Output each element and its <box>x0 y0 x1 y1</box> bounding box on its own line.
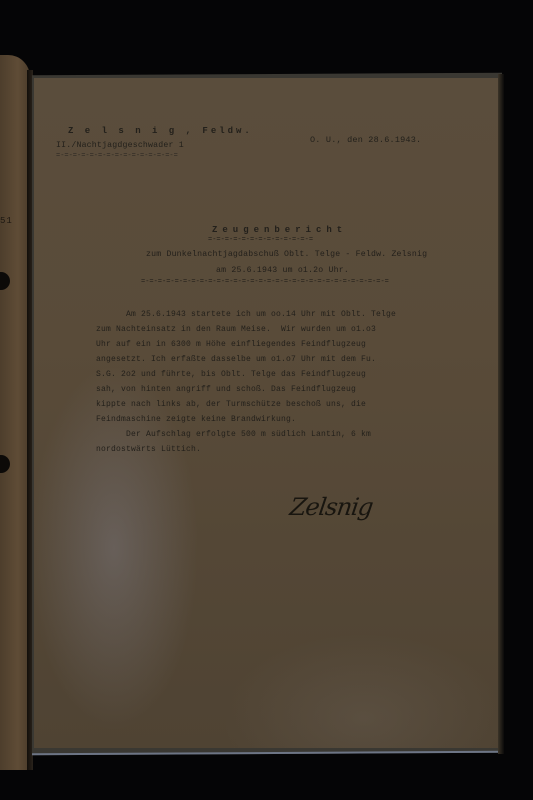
sender-unit: II./Nachtjagdgeschwader 1 <box>56 141 184 150</box>
document-page: Z e l s n i g , Feldw. II./Nachtjagdgesc… <box>34 78 498 748</box>
binder-page-number: 51 <box>0 216 13 226</box>
body-line: S.G. 2o2 und führte, bis Oblt. Telge das… <box>96 370 366 379</box>
punch-hole <box>0 272 10 290</box>
body-line: sah, von hinten angriff und schoß. Das F… <box>96 385 356 394</box>
subtitle-line-1: zum Dunkelnachtjagdabschuß Oblt. Telge -… <box>146 250 427 259</box>
sleeve-right-edge <box>498 74 504 754</box>
subtitle-line-2: am 25.6.1943 um o1.2o Uhr. <box>216 266 349 275</box>
subtitle-underline: =-=-=-=-=-=-=-=-=-=-=-=-=-=-=-=-=-=-=-=-… <box>141 278 389 286</box>
body-line: zum Nachteinsatz in den Raum Meise. Wir … <box>96 325 376 334</box>
body-line: nordostwärts Lüttich. <box>96 445 201 454</box>
body-line: Feindmaschine zeigte keine Brandwirkung. <box>96 415 296 424</box>
body-line: Der Aufschlag erfolgte 500 m südlich Lan… <box>96 430 371 439</box>
place-date: O. U., den 28.6.1943. <box>310 135 421 145</box>
binder-previous-page: 51 <box>0 55 30 770</box>
punch-hole <box>0 455 10 473</box>
sender-underline: =-=-=-=-=-=-=-=-=-=-=-=-=-=-= <box>56 152 178 160</box>
body-line: kippte nach links ab, der Turmschütze be… <box>96 400 366 409</box>
title-underline: =-=-=-=-=-=-=-=-=-=-=-=-= <box>208 236 313 244</box>
body-line: Uhr auf ein in 6300 m Höhe einfliegendes… <box>96 340 366 349</box>
body-line: angesetzt. Ich erfaßte dasselbe um o1.o7… <box>96 355 376 364</box>
document-title: Zeugenbericht <box>212 225 347 235</box>
handwritten-signature: Zelsnig <box>288 493 374 521</box>
body-line: Am 25.6.1943 startete ich um oo.14 Uhr m… <box>96 310 396 319</box>
sender-name: Z e l s n i g , Feldw. <box>68 126 253 136</box>
